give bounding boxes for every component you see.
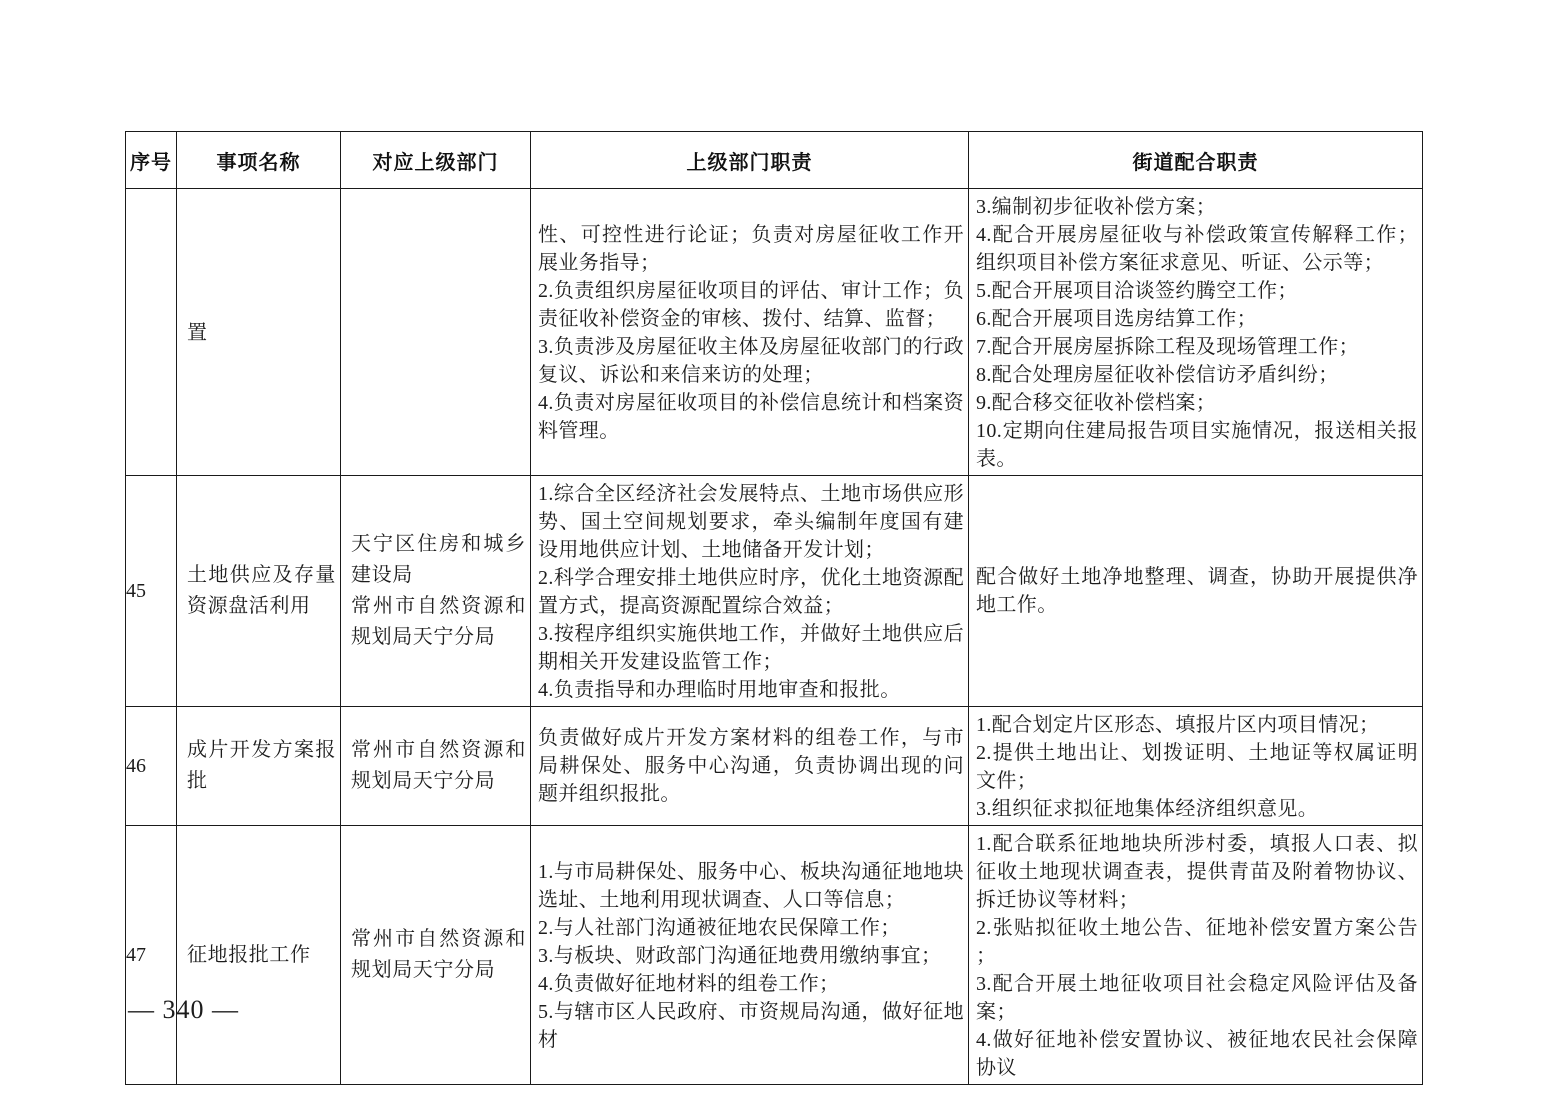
table-header-row: 序号 事项名称 对应上级部门 上级部门职责 街道配合职责 [126, 132, 1423, 189]
row46-superior-duties-text: 负责做好成片开发方案材料的组卷工作，与市局耕保处、服务中心沟通，负责协调出现的问… [538, 724, 964, 808]
row44-street-duties-text: 3.编制初步征收补偿方案； 4.配合开展房屋征收与补偿政策宣传解释工作；组织项目… [976, 191, 1418, 473]
row47-item-name-text: 征地报批工作 [187, 940, 336, 971]
document-page: 序号 事项名称 对应上级部门 上级部门职责 街道配合职责 置 性、可控性进行论证… [0, 0, 1559, 1102]
row46-department-text: 常州市自然资源和规划局天宁分局 [351, 735, 526, 797]
row47-street-duties-text: 1.配合联系征地地块所涉村委，填报人口表、拟征收土地现状调查表，提供青苗及附着物… [976, 828, 1418, 1082]
row46-item-name-text: 成片开发方案报批 [187, 735, 336, 797]
row46-street-duties-text: 1.配合划定片区形态、填报片区内项目情况； 2.提供土地出让、划拨证明、土地证等… [976, 709, 1418, 823]
row46-no-text: 46 [126, 755, 176, 778]
table-row-45: 45 土地供应及存量资源盘活利用 天宁区住房和城乡建设局 常州市自然资源和规划局… [126, 476, 1423, 707]
table-row-47: 47 征地报批工作 常州市自然资源和规划局天宁分局 1.与市局耕保处、服务中心、… [126, 826, 1423, 1085]
table-row-46: 46 成片开发方案报批 常州市自然资源和规划局天宁分局 负责做好成片开发方案材料… [126, 707, 1423, 826]
row45-department: 天宁区住房和城乡建设局 常州市自然资源和规划局天宁分局 [341, 476, 531, 707]
row46-department: 常州市自然资源和规划局天宁分局 [341, 707, 531, 826]
row45-street-duties-text: 配合做好土地净地整理、调查，协助开展提供净地工作。 [976, 563, 1418, 619]
row47-superior-duties: 1.与市局耕保处、服务中心、板块沟通征地地块选址、土地利用现状调查、人口等信息；… [531, 826, 969, 1085]
column-header-superior-department: 对应上级部门 [341, 132, 531, 189]
row44-department [341, 189, 531, 476]
column-header-no: 序号 [126, 132, 177, 189]
row44-department-text [351, 331, 526, 333]
row45-street-duties: 配合做好土地净地整理、调查，协助开展提供净地工作。 [969, 476, 1423, 707]
row45-department-text: 天宁区住房和城乡建设局 常州市自然资源和规划局天宁分局 [351, 529, 526, 653]
row47-superior-duties-text: 1.与市局耕保处、服务中心、板块沟通征地地块选址、土地利用现状调查、人口等信息；… [538, 856, 964, 1054]
row44-no-text [126, 331, 176, 333]
row46-item-name: 成片开发方案报批 [177, 707, 341, 826]
row45-superior-duties-text: 1.综合全区经济社会发展特点、土地市场供应形势、国土空间规划要求，牵头编制年度国… [538, 478, 964, 704]
row44-item-name: 置 [177, 189, 341, 476]
duties-table: 序号 事项名称 对应上级部门 上级部门职责 街道配合职责 置 性、可控性进行论证… [125, 131, 1423, 1085]
row45-no-text: 45 [126, 580, 176, 603]
row46-street-duties: 1.配合划定片区形态、填报片区内项目情况； 2.提供土地出让、划拨证明、土地证等… [969, 707, 1423, 826]
column-header-street-duties: 街道配合职责 [969, 132, 1423, 189]
column-header-item-name: 事项名称 [177, 132, 341, 189]
row45-no: 45 [126, 476, 177, 707]
row44-superior-duties-text: 性、可控性进行论证；负责对房屋征收工作开展业务指导； 2.负责组织房屋征收项目的… [538, 219, 964, 445]
row47-no: 47 [126, 826, 177, 1085]
row47-street-duties: 1.配合联系征地地块所涉村委，填报人口表、拟征收土地现状调查表，提供青苗及附着物… [969, 826, 1423, 1085]
page-number: — 340 — [128, 995, 239, 1025]
row47-item-name: 征地报批工作 [177, 826, 341, 1085]
row46-no: 46 [126, 707, 177, 826]
row45-item-name: 土地供应及存量资源盘活利用 [177, 476, 341, 707]
column-header-superior-duties: 上级部门职责 [531, 132, 969, 189]
row44-superior-duties: 性、可控性进行论证；负责对房屋征收工作开展业务指导； 2.负责组织房屋征收项目的… [531, 189, 969, 476]
row45-superior-duties: 1.综合全区经济社会发展特点、土地市场供应形势、国土空间规划要求，牵头编制年度国… [531, 476, 969, 707]
row44-item-name-text: 置 [187, 316, 336, 349]
row47-department-text: 常州市自然资源和规划局天宁分局 [351, 924, 526, 986]
row47-no-text: 47 [126, 944, 176, 967]
row47-department: 常州市自然资源和规划局天宁分局 [341, 826, 531, 1085]
row46-superior-duties: 负责做好成片开发方案材料的组卷工作，与市局耕保处、服务中心沟通，负责协调出现的问… [531, 707, 969, 826]
table-row-44-continuation: 置 性、可控性进行论证；负责对房屋征收工作开展业务指导； 2.负责组织房屋征收项… [126, 189, 1423, 476]
row44-street-duties: 3.编制初步征收补偿方案； 4.配合开展房屋征收与补偿政策宣传解释工作；组织项目… [969, 189, 1423, 476]
row45-item-name-text: 土地供应及存量资源盘活利用 [187, 560, 336, 622]
row44-no [126, 189, 177, 476]
